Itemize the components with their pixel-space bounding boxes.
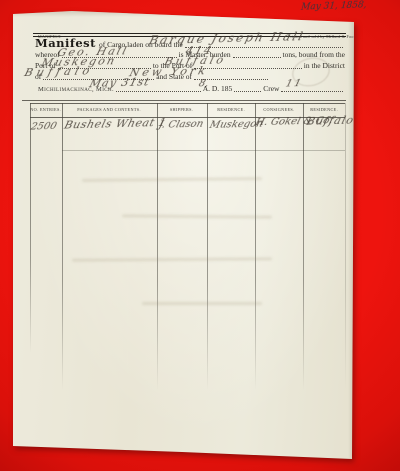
col-line-3 [207,103,208,390]
line5-crew: Crew [263,84,279,94]
bleedthrough-streak [82,177,262,182]
col-line-2 [157,103,158,390]
col-header-no-entries: No. Entries. [30,103,62,117]
col-line-4 [255,103,256,390]
col-header-packages-contents: Packages and Contents. [62,103,157,117]
col-line-1 [62,103,63,390]
table-left-line [30,103,31,353]
hw-district: Buffalo [23,64,95,79]
col-line-5 [303,103,304,390]
cargo-table-header-row: No. Entries. Packages and Contents. Ship… [30,103,345,117]
hw-cell-consignees-residence: Buffalo [305,113,356,127]
hw-dated: May 31st [88,75,151,90]
hw-cell-shippers: J. Clason [157,118,204,130]
table-right-line [345,103,346,390]
bleedthrough-streak [122,214,272,218]
bleedthrough-streak [72,257,272,261]
col-header-residence-1: Residence. [207,103,255,117]
bleedthrough-streak [142,302,262,305]
col-header-consignees: Consignees. [255,103,303,117]
table-top-rule [22,100,346,101]
hw-cell-packages: Bushels Wheat 1 [63,116,168,132]
hw-cell-entries: 2500 [29,121,58,133]
blank-year [234,84,261,92]
manifest-paper: MANIFEST. Printed and sold by Millard & … [12,10,354,460]
photo-of-manifest: { "photo": { "mat_color": "#ee140e", "pa… [0,0,400,471]
blank-burden [233,50,281,58]
paper-shadow-wrap: MANIFEST. Printed and sold by Millard & … [12,10,354,460]
